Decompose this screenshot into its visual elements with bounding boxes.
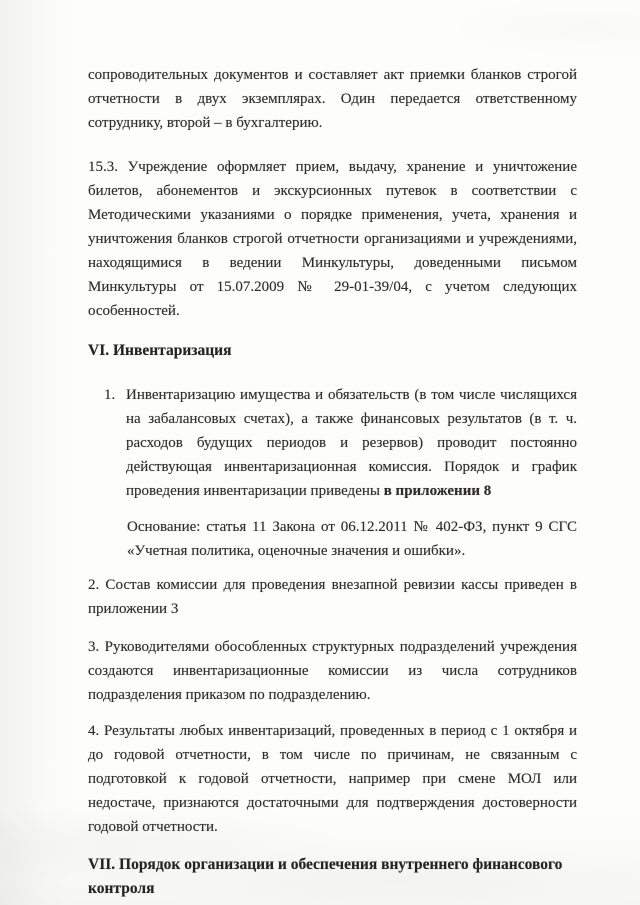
list-item-1-text-regular: Инвентаризацию имущества и обязательств … (126, 387, 577, 499)
paragraph-blank-forms-act: сопроводительных документов и составляет… (88, 63, 577, 135)
paragraph-3-subdivision-commissions: 3. Руководителями обособленных структурн… (88, 635, 577, 707)
list-item-1: 1. Инвентаризацию имущества и обязательс… (88, 383, 577, 503)
paragraph-4-inventory-results: 4. Результаты любых инвентаризаций, пров… (88, 719, 577, 839)
scanned-document-page: сопроводительных документов и составляет… (0, 0, 640, 905)
document-text-block: сопроводительных документов и составляет… (88, 63, 577, 901)
list-item-1-text-bold-appendix: в приложении 8 (384, 483, 492, 499)
paragraph-legal-basis: Основание: статья 11 Закона от 06.12.201… (127, 515, 577, 563)
list-item-1-text: Инвентаризацию имущества и обязательств … (126, 383, 577, 503)
section-heading-vi-inventory: VI. Инвентаризация (88, 339, 577, 363)
paragraph-2-cash-audit-commission: 2. Состав комиссии для проведения внезап… (88, 573, 577, 621)
list-item-1-marker: 1. (104, 383, 126, 503)
paragraph-15-3: 15.3. Учреждение оформляет прием, выдачу… (88, 155, 577, 323)
section-heading-vii-internal-control: VII. Порядок организации и обеспечения в… (88, 853, 577, 901)
